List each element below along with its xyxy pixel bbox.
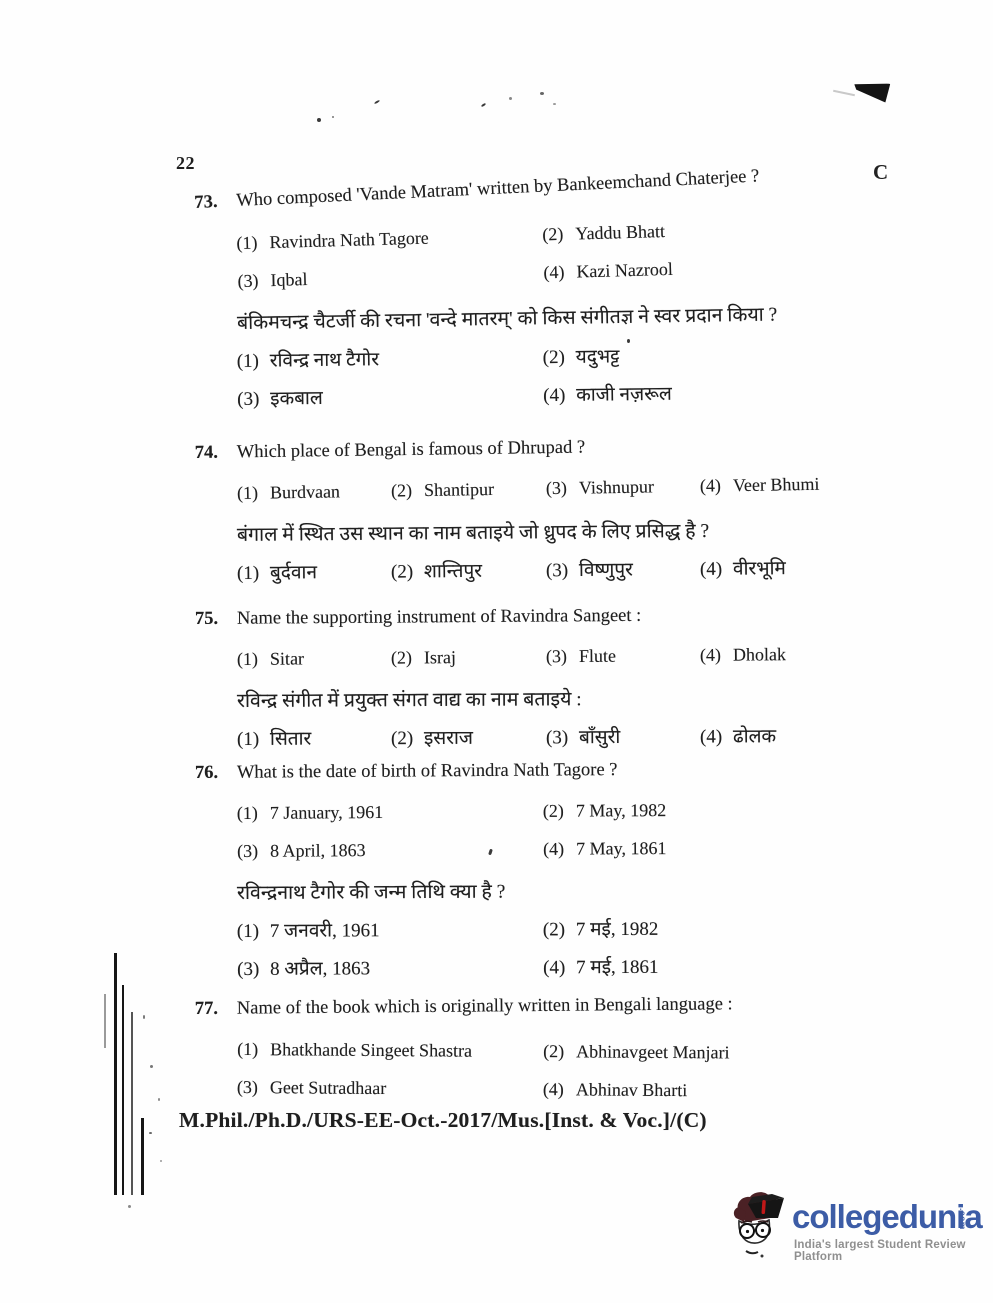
option-text: Veer Bhumi <box>733 471 820 498</box>
option: (3)विष्णुपुर <box>546 557 700 584</box>
question-number: 73. <box>194 188 237 216</box>
option-text: शान्तिपुर <box>424 559 482 586</box>
question-block: 77.Name of the book which is originally … <box>195 996 955 1100</box>
option-text: 8 April, 1863 <box>270 837 366 864</box>
question-head: 74.Which place of Bengal is famous of Dh… <box>195 429 955 466</box>
brand-tagline: India's largest Student Review Platform <box>794 1239 978 1263</box>
question-text-hi: बंकिमचन्द्र चैटर्जी की रचना 'वन्दे मातरम… <box>237 299 955 337</box>
option-label: (2) <box>391 644 424 670</box>
option-label: (2) <box>391 726 424 752</box>
scan-speck <box>317 118 321 122</box>
option-label: (1) <box>237 800 270 826</box>
binding-mark <box>131 1012 133 1195</box>
option: (1)बुर्दवान <box>237 560 391 587</box>
option-label: (3) <box>546 725 579 751</box>
option-label: (4) <box>700 724 733 750</box>
options-en: (1)7 January, 1961(2)7 May, 1982(3)8 Apr… <box>237 795 955 864</box>
option-text: Yaddu Bhatt <box>575 218 665 246</box>
option: (2)7 मई, 1982 <box>543 915 955 943</box>
scan-speck <box>128 1205 131 1208</box>
scanned-exam-page: C 22 73.Who composed 'Vande Matram' writ… <box>0 0 993 1303</box>
question-block: 73.Who composed 'Vande Matram' written b… <box>195 190 955 413</box>
binding-mark <box>141 1118 144 1195</box>
option-label: (3) <box>546 475 579 502</box>
option-label: (4) <box>700 472 733 499</box>
option-text: इकबाल <box>270 386 323 413</box>
page-number: 22 <box>176 153 195 174</box>
option-text: Geet Sutradhaar <box>270 1074 387 1101</box>
option: (1)Burdvaan <box>237 478 391 506</box>
option: (4)7 मई, 1861 <box>543 953 955 981</box>
collegedunia-logo: collegedunia .com India's largest Studen… <box>726 1186 978 1278</box>
question-text-hi: रविन्द्रनाथ टैगोर की जन्म तिथि क्या है ? <box>237 876 955 907</box>
option: (1)सितार <box>237 726 391 753</box>
option-text: इसराज <box>424 726 473 752</box>
option: (4)Dholak <box>700 640 955 668</box>
scan-speck <box>481 103 486 108</box>
brand-text: collegedunia <box>792 1200 982 1234</box>
option: (3)Flute <box>546 642 700 669</box>
option-label: (4) <box>700 642 733 668</box>
question-number: 74. <box>195 439 237 466</box>
option-label: (2) <box>391 477 424 504</box>
option: (3)Vishnupur <box>546 473 700 501</box>
question-text-en: Name of the book which is originally wri… <box>237 989 955 1021</box>
question-number: 75. <box>195 606 237 632</box>
option: (1)7 January, 1961 <box>237 798 543 826</box>
option: (4)Kazi Nazrool <box>543 248 956 285</box>
option: (4)Veer Bhumi <box>700 469 955 499</box>
option: (1)7 जनवरी, 1961 <box>237 917 543 945</box>
option-label: (3) <box>237 838 270 864</box>
option: (2)Israj <box>391 643 546 670</box>
option-label: (1) <box>237 479 270 506</box>
option-text: Burdvaan <box>270 478 340 505</box>
option: (1)Sitar <box>237 645 391 672</box>
brand-tld: .com <box>958 1208 968 1230</box>
question-text-hi: बंगाल में स्थित उस स्थान का नाम बताइये ज… <box>237 516 955 549</box>
option: (1)Ravindra Nath Tagore <box>236 221 543 256</box>
options-en: (1)Bhatkhande Singeet Shastra(2)Abhinavg… <box>237 1036 955 1105</box>
binding-mark <box>114 953 117 1195</box>
option-label: (4) <box>700 557 733 583</box>
option-text: Kazi Nazrool <box>576 256 673 285</box>
option-text: 7 May, 1861 <box>576 835 667 862</box>
scan-speck <box>150 1065 153 1068</box>
scan-speck <box>158 1098 160 1101</box>
option-text: Dholak <box>733 641 786 667</box>
question-head: 75.Name the supporting instrument of Rav… <box>195 601 955 632</box>
question-head: 76.What is the date of birth of Ravindra… <box>195 755 955 786</box>
option: (1)Bhatkhande Singeet Shastra <box>237 1036 543 1064</box>
options-hi: (1)बुर्दवान(2)शान्तिपुर(3)विष्णुपुर(4)वी… <box>237 555 955 587</box>
option: (1)रविन्द्र नाथ टैगोर <box>237 345 543 375</box>
option-text: ढोलक <box>733 724 776 750</box>
option-text: बुर्दवान <box>270 560 317 586</box>
option-label: (2) <box>543 798 576 824</box>
scan-speck <box>149 1132 152 1134</box>
question-head: 77.Name of the book which is originally … <box>195 989 955 1022</box>
option-label: (2) <box>542 221 576 248</box>
option: (3)8 April, 1863 <box>237 836 543 864</box>
option-text: रविन्द्र नाथ टैगोर <box>270 347 380 374</box>
option: (3)8 अप्रैल, 1863 <box>237 955 543 983</box>
option-text: 7 मई, 1982 <box>576 917 659 943</box>
option-text: काजी नज़रूल <box>576 382 672 409</box>
page-fold-mark-icon <box>854 82 891 102</box>
option: (2)शान्तिपुर <box>391 558 546 585</box>
option-label: (4) <box>543 383 576 409</box>
option-text: Bhatkhande Singeet Shastra <box>270 1036 472 1063</box>
option: (3)Iqbal <box>237 259 544 294</box>
option-text: 7 जनवरी, 1961 <box>270 918 380 945</box>
question-text-en: What is the date of birth of Ravindra Na… <box>237 755 955 786</box>
option-label: (3) <box>546 643 579 669</box>
options-hi: (1)सितार(2)इसराज(3)बाँसुरी(4)ढोलक <box>237 723 955 753</box>
option-label: (3) <box>237 267 271 294</box>
option-label: (2) <box>543 345 576 371</box>
option: (2)Abhinavgeet Manjari <box>543 1038 955 1067</box>
scan-speck <box>332 116 334 118</box>
option-label: (3) <box>237 957 270 983</box>
question-text-en: Who composed 'Vande Matram' written by B… <box>236 154 954 214</box>
option-text: बाँसुरी <box>579 725 620 751</box>
scan-speck <box>540 92 544 95</box>
option-label: (1) <box>237 646 270 672</box>
question-head: 73.Who composed 'Vande Matram' written b… <box>194 154 954 216</box>
option-label: (3) <box>237 387 270 413</box>
option-text: Israj <box>424 644 456 670</box>
option-label: (1) <box>237 349 270 375</box>
binding-mark <box>104 994 106 1048</box>
option: (4)7 May, 1861 <box>543 833 955 862</box>
question-text-en: Name the supporting instrument of Ravind… <box>237 601 955 632</box>
question-text-hi: रविन्द्र संगीत में प्रयुक्त संगत वाद्य क… <box>237 684 955 715</box>
option-label: (1) <box>237 727 270 753</box>
option: (4)काजी नज़रूल <box>543 378 955 409</box>
option-text: वीरभूमि <box>733 556 786 582</box>
option-text: Abhinav Bharti <box>576 1076 688 1103</box>
option-label: (4) <box>543 955 576 981</box>
options-hi: (1)रविन्द्र नाथ टैगोर(2)यदुभट्ट(3)इकबाल(… <box>237 340 956 413</box>
option-label: (1) <box>237 1036 270 1062</box>
option: (2)इसराज <box>391 725 546 752</box>
scan-speck <box>374 100 380 105</box>
mascot-icon <box>726 1188 792 1276</box>
option-text: 8 अप्रैल, 1863 <box>270 956 370 983</box>
option-label: (3) <box>237 1074 270 1100</box>
option-text: Ravindra Nath Tagore <box>269 225 429 255</box>
option-text: 7 May, 1982 <box>576 797 667 824</box>
option: (2)7 May, 1982 <box>543 795 955 824</box>
option-text: Flute <box>579 643 616 669</box>
option-label: (1) <box>237 919 270 945</box>
scan-speck <box>143 1015 145 1019</box>
scan-streak <box>833 90 855 97</box>
question-block: 74.Which place of Bengal is famous of Dh… <box>195 440 955 587</box>
question-block: 76.What is the date of birth of Ravindra… <box>195 760 955 983</box>
option: (2)Yaddu Bhatt <box>542 210 955 247</box>
option: (4)वीरभूमि <box>700 555 955 583</box>
option-text: 7 मई, 1861 <box>576 955 659 981</box>
scan-speck <box>509 97 512 100</box>
question-number: 76. <box>195 760 237 786</box>
option-text: सितार <box>270 727 311 753</box>
options-hi: (1)7 जनवरी, 1961(2)7 मई, 1982(3)8 अप्रैल… <box>237 915 955 983</box>
binding-mark <box>122 985 124 1195</box>
option-text: Iqbal <box>270 266 308 293</box>
option-text: Abhinavgeet Manjari <box>576 1038 730 1065</box>
options-en: (1)Sitar(2)Israj(3)Flute(4)Dholak <box>237 640 955 672</box>
option-label: (2) <box>391 559 424 585</box>
option-label: (4) <box>543 259 577 286</box>
option-label: (2) <box>543 917 576 943</box>
option-text: Sitar <box>270 645 304 671</box>
option-text: यदुभट्ट <box>576 344 620 371</box>
option-label: (1) <box>236 229 270 256</box>
paper-code-footer: M.Phil./Ph.D./URS-EE-Oct.-2017/Mus.[Inst… <box>179 1108 707 1133</box>
question-block: 75.Name the supporting instrument of Rav… <box>195 606 955 753</box>
option: (3)इकबाल <box>237 383 543 413</box>
option-text: विष्णुपुर <box>579 558 633 584</box>
option: (3)Geet Sutradhaar <box>237 1074 543 1102</box>
options-en: (1)Ravindra Nath Tagore(2)Yaddu Bhatt(3)… <box>236 210 956 294</box>
option-text: 7 January, 1961 <box>270 799 383 826</box>
option-text: Vishnupur <box>579 473 654 500</box>
option-label: (1) <box>237 561 270 587</box>
option-label: (3) <box>546 558 579 584</box>
option-label: (4) <box>543 836 576 862</box>
options-en: (1)Burdvaan(2)Shantipur(3)Vishnupur(4)Ve… <box>237 469 955 506</box>
option: (4)Abhinav Bharti <box>543 1076 955 1105</box>
scan-speck <box>160 1160 162 1162</box>
option: (4)ढोलक <box>700 723 955 750</box>
option-label: (4) <box>543 1076 576 1102</box>
question-number: 77. <box>195 996 237 1022</box>
scan-speck <box>553 103 556 105</box>
question-text-en: Which place of Bengal is famous of Dhrup… <box>237 429 955 465</box>
option-label: (2) <box>543 1038 576 1064</box>
option: (2)यदुभट्ट <box>543 340 955 371</box>
option-text: Shantipur <box>424 476 494 503</box>
option: (2)Shantipur <box>391 475 546 503</box>
option: (3)बाँसुरी <box>546 725 700 752</box>
